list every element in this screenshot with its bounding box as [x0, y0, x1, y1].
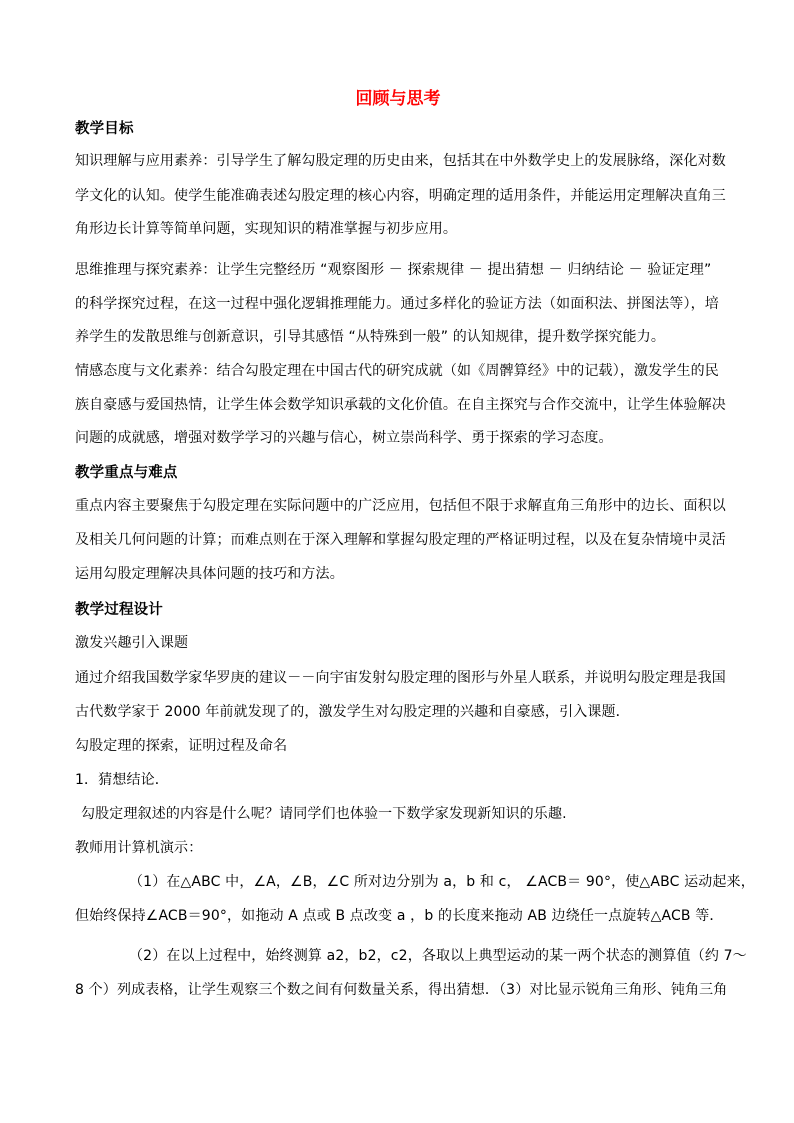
paragraph-line: 重点内容主要聚焦于勾股定理在实际问题中的广泛应用，包括但不限于求解直角三角形中的… [75, 497, 726, 515]
paragraph-line: 1．猜想结论． [75, 771, 169, 789]
section-heading-objectives: 教学目标 [75, 120, 134, 138]
paragraph-line: 学文化的认知。使学生能准确表述勾股定理的核心内容，明确定理的适用条件，并能运用定… [75, 187, 726, 205]
paragraph-line: 问题的成就感，增强对数学学习的兴趣与信心，树立崇尚科学、勇于探索的学习态度。 [75, 429, 613, 447]
paragraph-line: 激发兴趣引入课题 [75, 634, 188, 652]
paragraph-line: 通过介绍我国数学家华罗庚的建议－－向宇宙发射勾股定理的图形与外星人联系，并说明勾… [75, 669, 726, 687]
paragraph-line: 角形边长计算等简单问题，实现知识的精准掌握与初步应用。 [75, 220, 457, 238]
paragraph-line: 古代数学家于 2000 年前就发现了的，激发学生对勾股定理的兴趣和自豪感，引入课… [75, 703, 630, 721]
paragraph-line: 8 个）列成表格，让学生观察三个数之间有何数量关系，得出猜想．（3）对比显示锐角… [75, 981, 727, 999]
paragraph-line: 族自豪感与爱国热情，让学生体会数学知识承载的文化价值。在自主探究与合作交流中，让… [75, 396, 726, 414]
paragraph-line: 知识理解与应用素养：引导学生了解勾股定理的历史由来，包括其在中外数学史上的发展脉… [75, 152, 726, 170]
paragraph-line: 但始终保持∠ACB＝90°，如拖动 A 点或 B 点改变 a ，b 的长度来拖动… [75, 907, 724, 925]
paragraph-line: 及相关几何问题的计算；而难点则在于深入理解和掌握勾股定理的严格证明过程，以及在复… [75, 531, 726, 549]
paragraph-line: （2）在以上过程中，始终测算 a2，b2，c2，各取以上典型运动的某一两个状态的… [129, 947, 747, 965]
paragraph-line: （1）在△ABC 中，∠A，∠B，∠C 所对边分别为 a，b 和 c， ∠ACB… [129, 873, 755, 891]
paragraph-line: 养学生的发散思维与创新意识，引导其感悟 “从特殊到一般” 的认知规律，提升数学探… [75, 328, 665, 346]
section-heading-process: 教学过程设计 [75, 601, 163, 619]
paragraph-line: 情感态度与文化素养：结合勾股定理在中国古代的研究成就（如《周髀算经》中的记载），… [75, 362, 719, 380]
section-heading-key-points: 教学重点与难点 [75, 464, 178, 482]
paragraph-line: 勾股定理叙述的内容是什么呢？请同学们也体验一下数学家发现新知识的乐趣. [81, 805, 567, 823]
paragraph-line: 思维推理与探究素养：让学生完整经历 “观察图形 － 探索规律 － 提出猜想 － … [75, 261, 711, 279]
paragraph-line: 教师用计算机演示： [75, 839, 202, 857]
document-title: 回顾与思考 [75, 84, 721, 109]
paragraph-line: 的科学探究过程，在这一过程中强化逻辑推理能力。通过多样化的验证方法（如面积法、拼… [75, 295, 719, 313]
paragraph-line: 运用勾股定理解决具体问题的技巧和方法。 [75, 565, 344, 583]
paragraph-line: 勾股定理的探索，证明过程及命名 [75, 737, 287, 755]
